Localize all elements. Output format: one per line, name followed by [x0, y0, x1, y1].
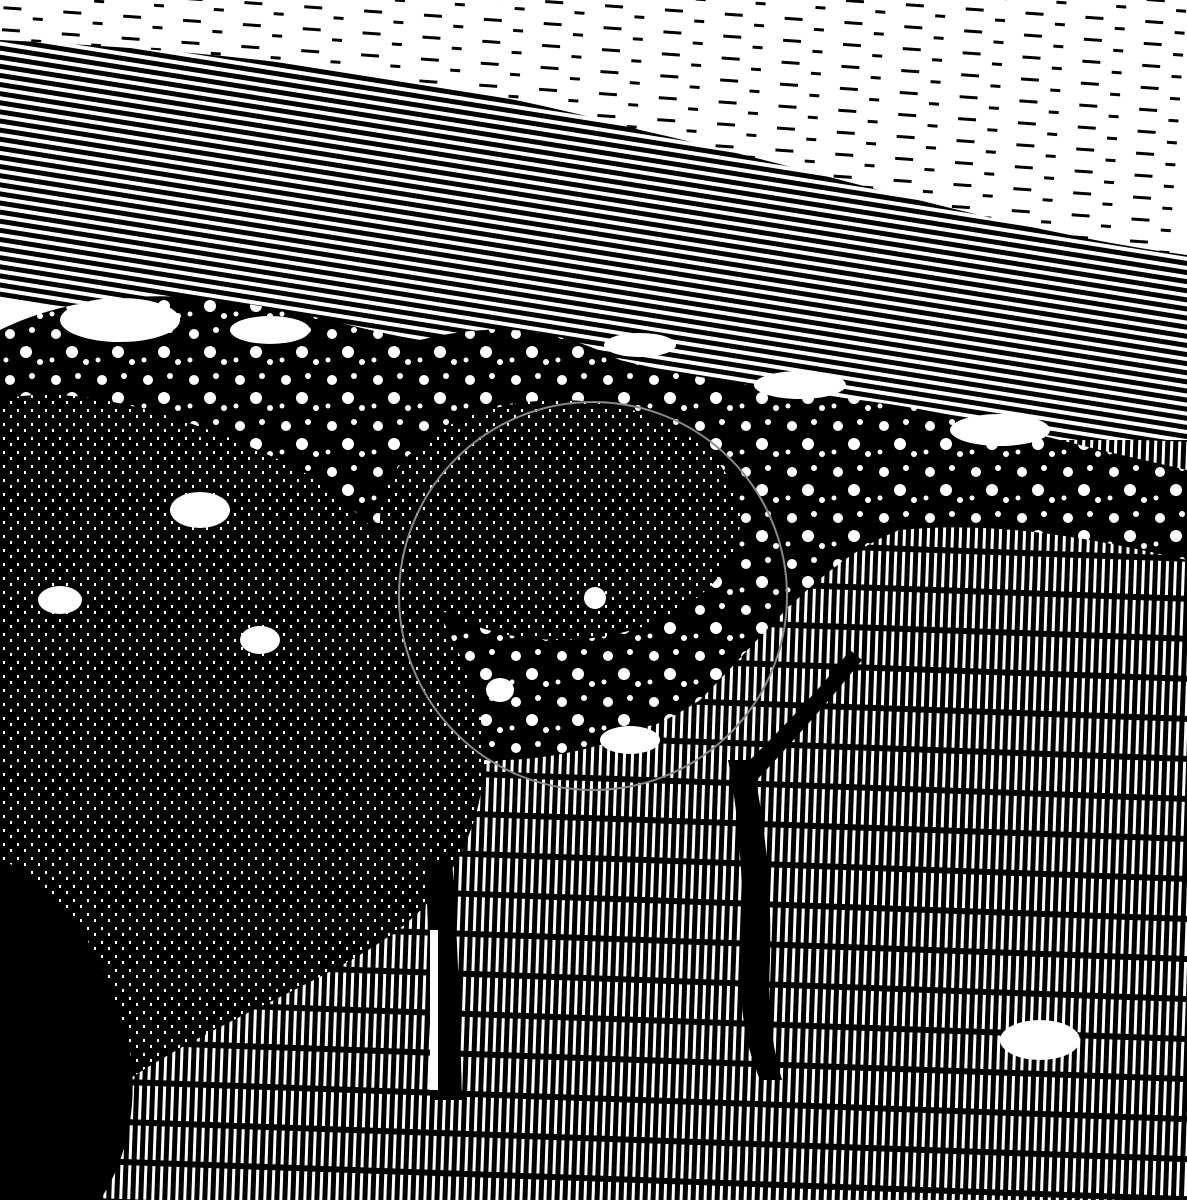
tree-trunk-left-highlight — [430, 930, 438, 1090]
engraving-landscape: High-contrast black and white engraving-… — [0, 0, 1187, 1200]
focus-center-dot — [584, 587, 606, 609]
